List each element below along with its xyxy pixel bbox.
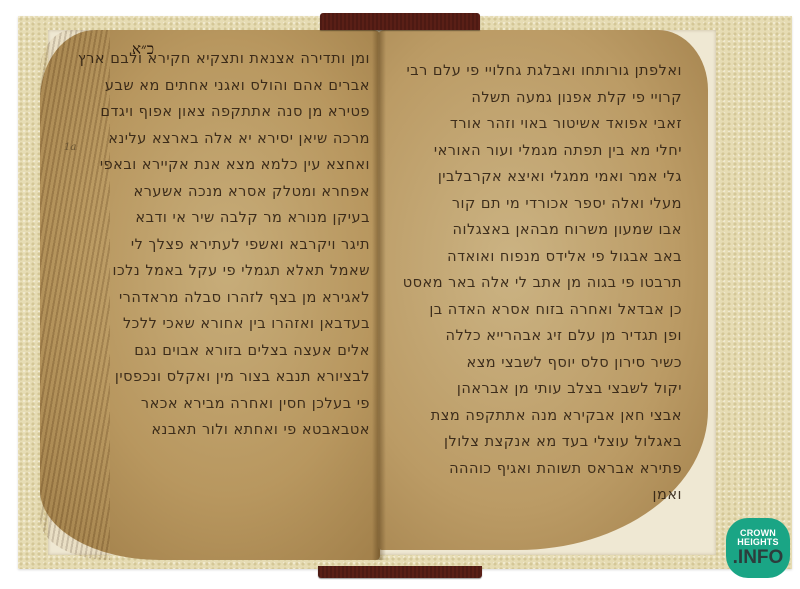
text-line: ואמן bbox=[382, 482, 682, 509]
crownheights-watermark-logo: CROWN HEIGHTS .INFO bbox=[726, 518, 790, 578]
text-line: לאגירא מן בצף לזהרו סבלה מראדהרי bbox=[70, 285, 370, 312]
text-line: אבו שמעון משרוח מבהאן באצגלוה bbox=[382, 217, 682, 244]
text-line: ואחצא עין כלמא מצא אנת אקיירא ובאפי bbox=[70, 152, 370, 179]
text-line: פתירא אבראס תשוהת ואגיף כוההה bbox=[382, 456, 682, 483]
logo-line-2: HEIGHTS bbox=[737, 538, 778, 547]
text-line: פי בעלכן חסין ואחרה מבירא אכאר bbox=[70, 391, 370, 418]
text-line: בעיקן מנורא מר קלבה שיר אי ודבא bbox=[70, 205, 370, 232]
right-page-text: ואלפתן גורותחו ואבלגת גחלויי פי עלם רבי … bbox=[382, 58, 682, 509]
logo-line-3: .INFO bbox=[733, 548, 784, 567]
text-line: אפחרא ומטלק אסרא מנכה אשערא bbox=[70, 179, 370, 206]
text-line: בעדבאן ואזהרו בין אחורא שאכי ללכל bbox=[70, 311, 370, 338]
text-line: ומן ותדירה אצנאת ותצקיא חקירא ולבם ארץ bbox=[70, 46, 370, 73]
binding-thread-bottom bbox=[318, 566, 482, 578]
text-line: תיגר ויקרבא ואשפי לעתירא פצלך לי bbox=[70, 232, 370, 259]
text-line: פטירא מן סנה אתתקפה צאון אפוף ויגדם bbox=[70, 99, 370, 126]
text-line: ופן תגדיר מן עלם זיג אבהרייא כללה bbox=[382, 323, 682, 350]
text-line: תרבטו פי בגוה מן אתב לי אלה באר מאסט bbox=[382, 270, 682, 297]
text-line: אברים אהם והולס ואגני אחתים מא שבע bbox=[70, 73, 370, 100]
binding-thread-top bbox=[320, 13, 480, 30]
text-line: מרכה שיאן יסירא יא אלה בארצא עלינא bbox=[70, 126, 370, 153]
text-line: שאמל תאלא תגמלי פי עקל באמל נלכו bbox=[70, 258, 370, 285]
text-line: כן אבדאל ואחרה בזוח אסרא האדה בן bbox=[382, 297, 682, 324]
text-line: אלים אעצה בצלים בזורא אבוים נגם bbox=[70, 338, 370, 365]
text-line: זאבי אפואד אשיטור באוי וזהר אורד bbox=[382, 111, 682, 138]
text-line: יקול לשבצי בצלב עותי מן אבראהן bbox=[382, 376, 682, 403]
text-line: גלי אמר ואמי ממגלי ואיצא אקרבלבין bbox=[382, 164, 682, 191]
text-line: באב אבגול פי אלידס מנפוח ואואדה bbox=[382, 244, 682, 271]
text-line: באגלול עוצלי בעד מא אנקצת צלולן bbox=[382, 429, 682, 456]
text-line: כשיר סירון סלס יוסף לשבצי מצא bbox=[382, 350, 682, 377]
text-line: ואלפתן גורותחו ואבלגת גחלויי פי עלם רבי bbox=[382, 58, 682, 85]
text-line: יחלי מא בין תפתה מגמלי ועור האוראי bbox=[382, 138, 682, 165]
text-line: אטבאבטא פי ואחתא ולור תאבנא bbox=[70, 417, 370, 444]
left-page-text: ומן ותדירה אצנאת ותצקיא חקירא ולבם ארץ א… bbox=[70, 46, 370, 444]
text-line: מעלי ואלה יספר אכורדי מי תם קור bbox=[382, 191, 682, 218]
text-line: אבצי חאן אבקירא מנה אתתקפה מצת bbox=[382, 403, 682, 430]
text-line: לבציורא תנבא בצור מין ואקלס ונכפסין bbox=[70, 364, 370, 391]
text-line: קרויי פי קלת אפנון גמעה תשלה bbox=[382, 85, 682, 112]
